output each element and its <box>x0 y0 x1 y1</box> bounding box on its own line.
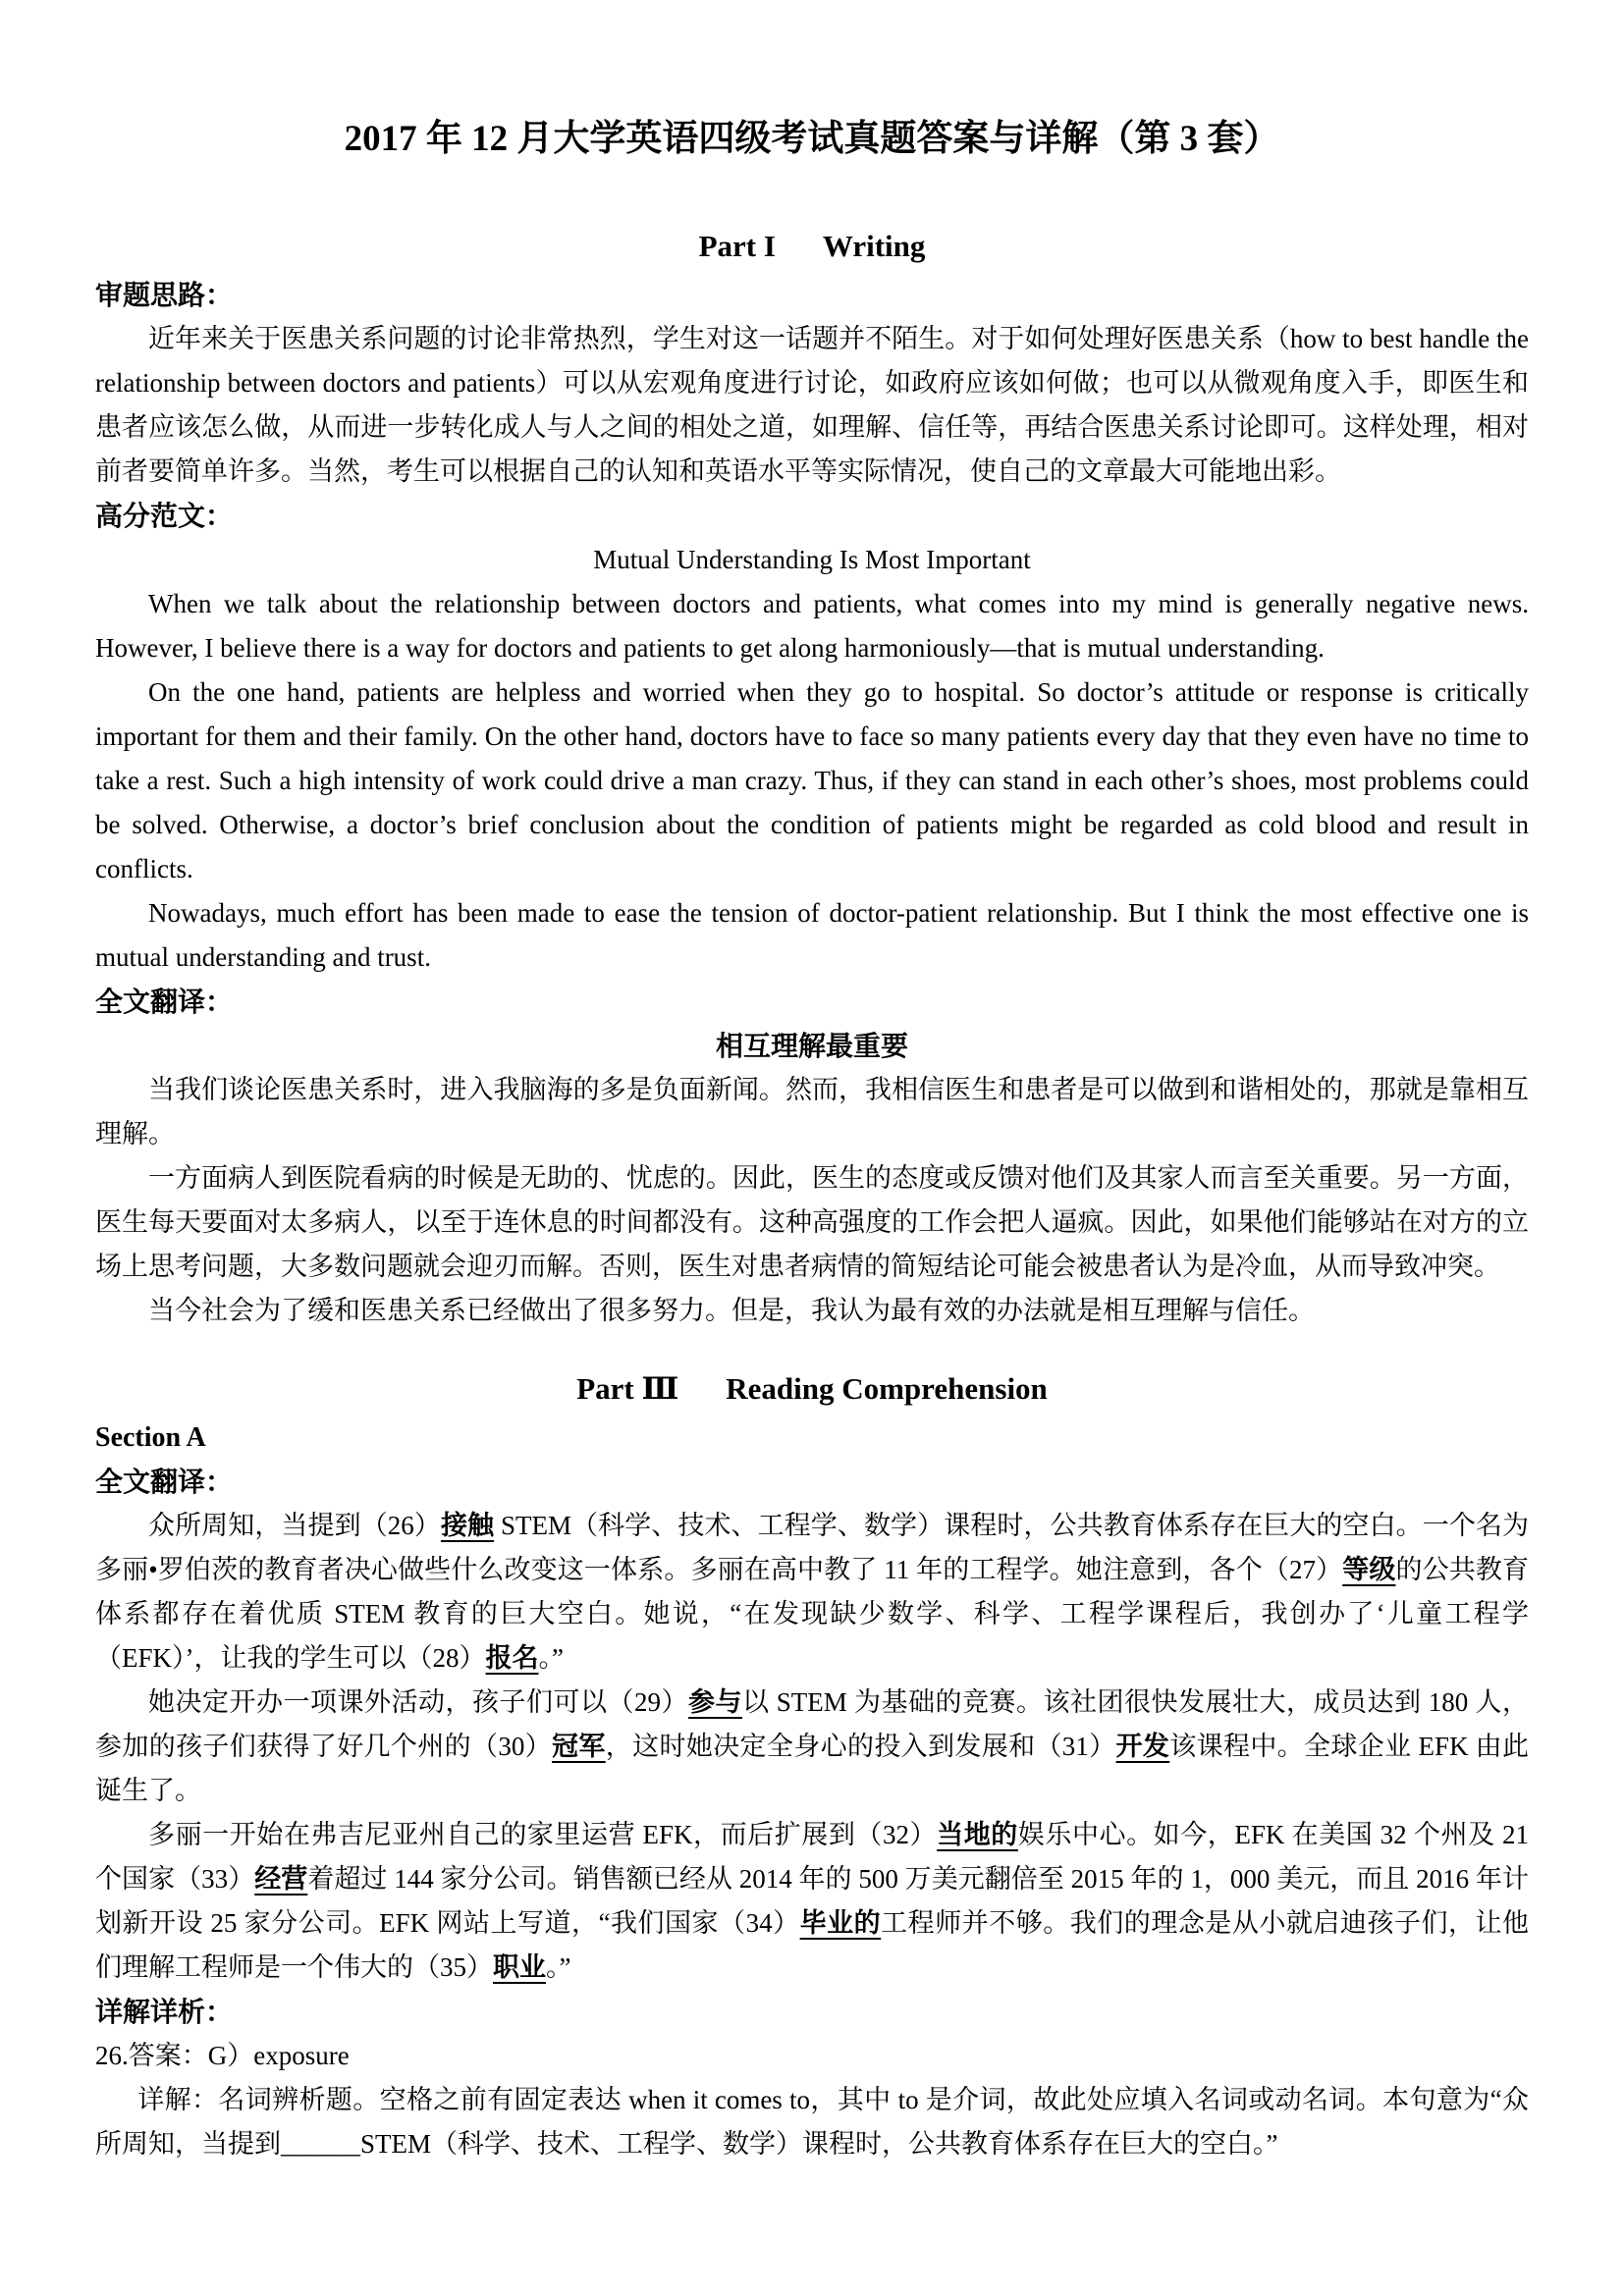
reading-translation-label: 全文翻译： <box>95 1460 1529 1504</box>
highlighted-answer-term: 经营 <box>254 1864 307 1894</box>
document-title: 2017 年 12 月大学英语四级考试真题答案与详解（第 3 套） <box>95 0 1529 165</box>
highlighted-answer-term: 毕业的 <box>800 1908 882 1938</box>
part1-heading-name: Writing <box>823 229 926 263</box>
translation-paragraph-1: 当我们谈论医患关系时，进入我脑海的多是负面新闻。然而，我相信医生和患者是可以做到… <box>95 1068 1529 1156</box>
translation-paragraph-2: 一方面病人到医院看病的时候是无助的、忧虑的。因此，医生的态度或反馈对他们及其家人… <box>95 1156 1529 1289</box>
text-run: 。” <box>539 1643 564 1673</box>
highlighted-answer-term: 冠军 <box>552 1732 606 1761</box>
translation-paragraph-3: 当今社会为了缓和医患关系已经做出了很多努力。但是，我认为最有效的办法就是相互理解… <box>95 1289 1529 1333</box>
essay-paragraph-3: Nowadays, much effort has been made to e… <box>95 891 1529 980</box>
highlighted-answer-term: 当地的 <box>937 1820 1018 1849</box>
text-run: 多丽一开始在弗吉尼亚州自己的家里运营 EFK，而后扩展到（32） <box>148 1820 937 1849</box>
highlighted-answer-term: 参与 <box>688 1687 742 1717</box>
essay-title: Mutual Understanding Is Most Important <box>95 538 1529 582</box>
document-page: 2017 年 12 月大学英语四级考试真题答案与详解（第 3 套） Part I… <box>0 0 1624 2296</box>
text-run: 她决定开办一项课外活动，孩子们可以（29） <box>148 1687 688 1717</box>
highlighted-answer-term: 职业 <box>493 1952 546 1982</box>
part3-heading: Part ⅢReading Comprehension <box>95 1362 1529 1415</box>
text-run: ，这时她决定全身心的投入到发展和（31） <box>606 1732 1116 1761</box>
part1-heading: Part IWriting <box>95 220 1529 273</box>
reading-paragraph-1: 众所周知，当提到（26）接触 STEM（科学、技术、工程学、数学）课程时，公共教… <box>95 1504 1529 1681</box>
answer-line-26: 26.答案：G）exposure <box>95 2034 1529 2078</box>
translation-label: 全文翻译： <box>95 980 1529 1024</box>
translation-title: 相互理解最重要 <box>95 1024 1529 1068</box>
analysis-label: 审题思路： <box>95 273 1529 317</box>
explanation-label: 详解详析： <box>95 1990 1529 2034</box>
text-run: 众所周知，当提到（26） <box>148 1511 441 1540</box>
essay-paragraph-1: When we talk about the relationship betw… <box>95 582 1529 670</box>
analysis-paragraph: 近年来关于医患关系问题的讨论非常热烈，学生对这一话题并不陌生。对于如何处理好医患… <box>95 317 1529 494</box>
essay-paragraph-2: On the one hand, patients are helpless a… <box>95 670 1529 891</box>
text-run: 。” <box>546 1952 570 1982</box>
section-a-label: Section A <box>95 1415 1529 1460</box>
part3-heading-name: Reading Comprehension <box>726 1371 1048 1406</box>
reading-paragraph-3: 多丽一开始在弗吉尼亚州自己的家里运营 EFK，而后扩展到（32）当地的娱乐中心。… <box>95 1813 1529 1990</box>
highlighted-answer-term: 开发 <box>1116 1732 1170 1761</box>
answer-detail-26: 详解：名词辨析题。空格之前有固定表达 when it comes to，其中 t… <box>95 2078 1529 2166</box>
model-essay-label: 高分范文： <box>95 494 1529 538</box>
highlighted-answer-term: 报名 <box>486 1643 539 1673</box>
part3-heading-number: Part Ⅲ <box>576 1371 678 1406</box>
highlighted-answer-term: 等级 <box>1342 1555 1395 1584</box>
reading-paragraph-2: 她决定开办一项课外活动，孩子们可以（29）参与以 STEM 为基础的竞赛。该社团… <box>95 1681 1529 1813</box>
part1-heading-number: Part I <box>699 229 776 263</box>
highlighted-answer-term: 接触 <box>441 1511 494 1540</box>
